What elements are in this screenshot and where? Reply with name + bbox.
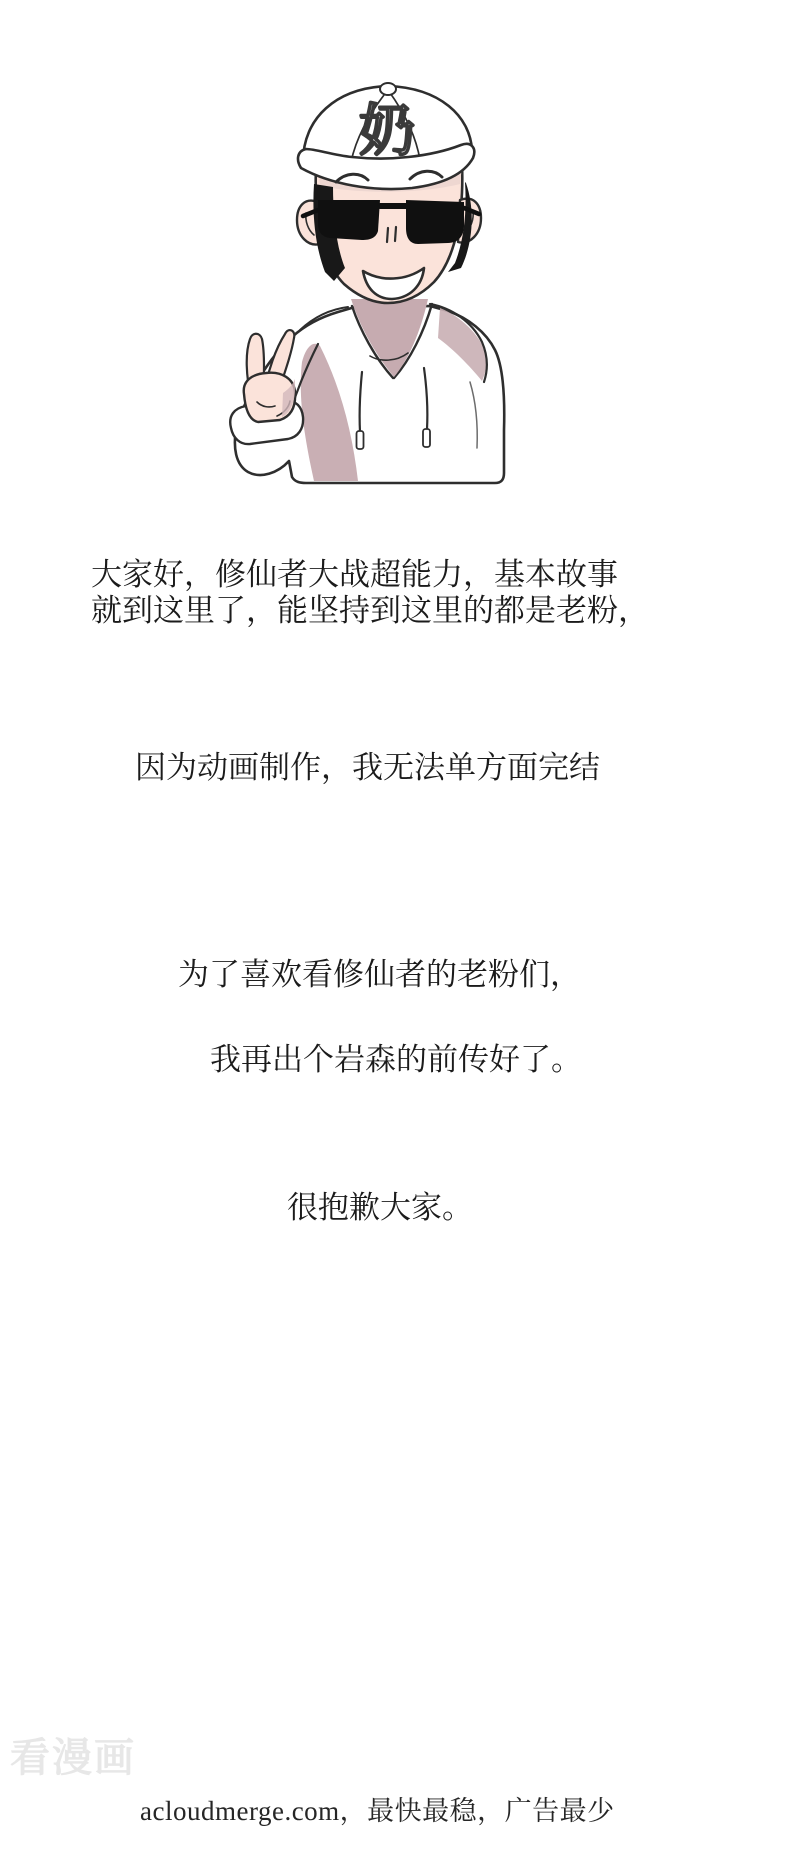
paragraph-1-line-1: 大家好，修仙者大战超能力，基本故事 (91, 557, 649, 593)
baseball-cap: 奶 (298, 83, 474, 189)
cap-character: 奶 (359, 99, 415, 162)
paragraph-3-line-1: 为了喜欢看修仙者的老粉们， (178, 957, 581, 993)
paragraph-4-line-1: 我再出个岩森的前传好了。 (210, 1042, 582, 1078)
comic-page: 奶 (0, 0, 800, 1872)
peace-sign-hand (230, 330, 303, 444)
paragraph-3: 为了喜欢看修仙者的老粉们， (178, 957, 581, 993)
paragraph-1-line-2: 就到这里了，能坚持到这里的都是老粉， (91, 593, 649, 629)
site-watermark: 看漫画 (10, 1736, 136, 1780)
paragraph-1: 大家好，修仙者大战超能力，基本故事 就到这里了，能坚持到这里的都是老粉， (91, 557, 649, 629)
paragraph-2-line-1: 因为动画制作，我无法单方面完结 (135, 750, 600, 786)
head: 奶 (297, 83, 481, 303)
footer-ad-text: acloudmerge.com，最快最稳，广告最少 (140, 1795, 615, 1827)
character-illustration: 奶 (185, 78, 515, 490)
paragraph-5: 很抱歉大家。 (287, 1190, 473, 1226)
paragraph-2: 因为动画制作，我无法单方面完结 (135, 750, 600, 786)
paragraph-4: 我再出个岩森的前传好了。 (210, 1042, 582, 1078)
paragraph-5-line-1: 很抱歉大家。 (287, 1190, 473, 1226)
